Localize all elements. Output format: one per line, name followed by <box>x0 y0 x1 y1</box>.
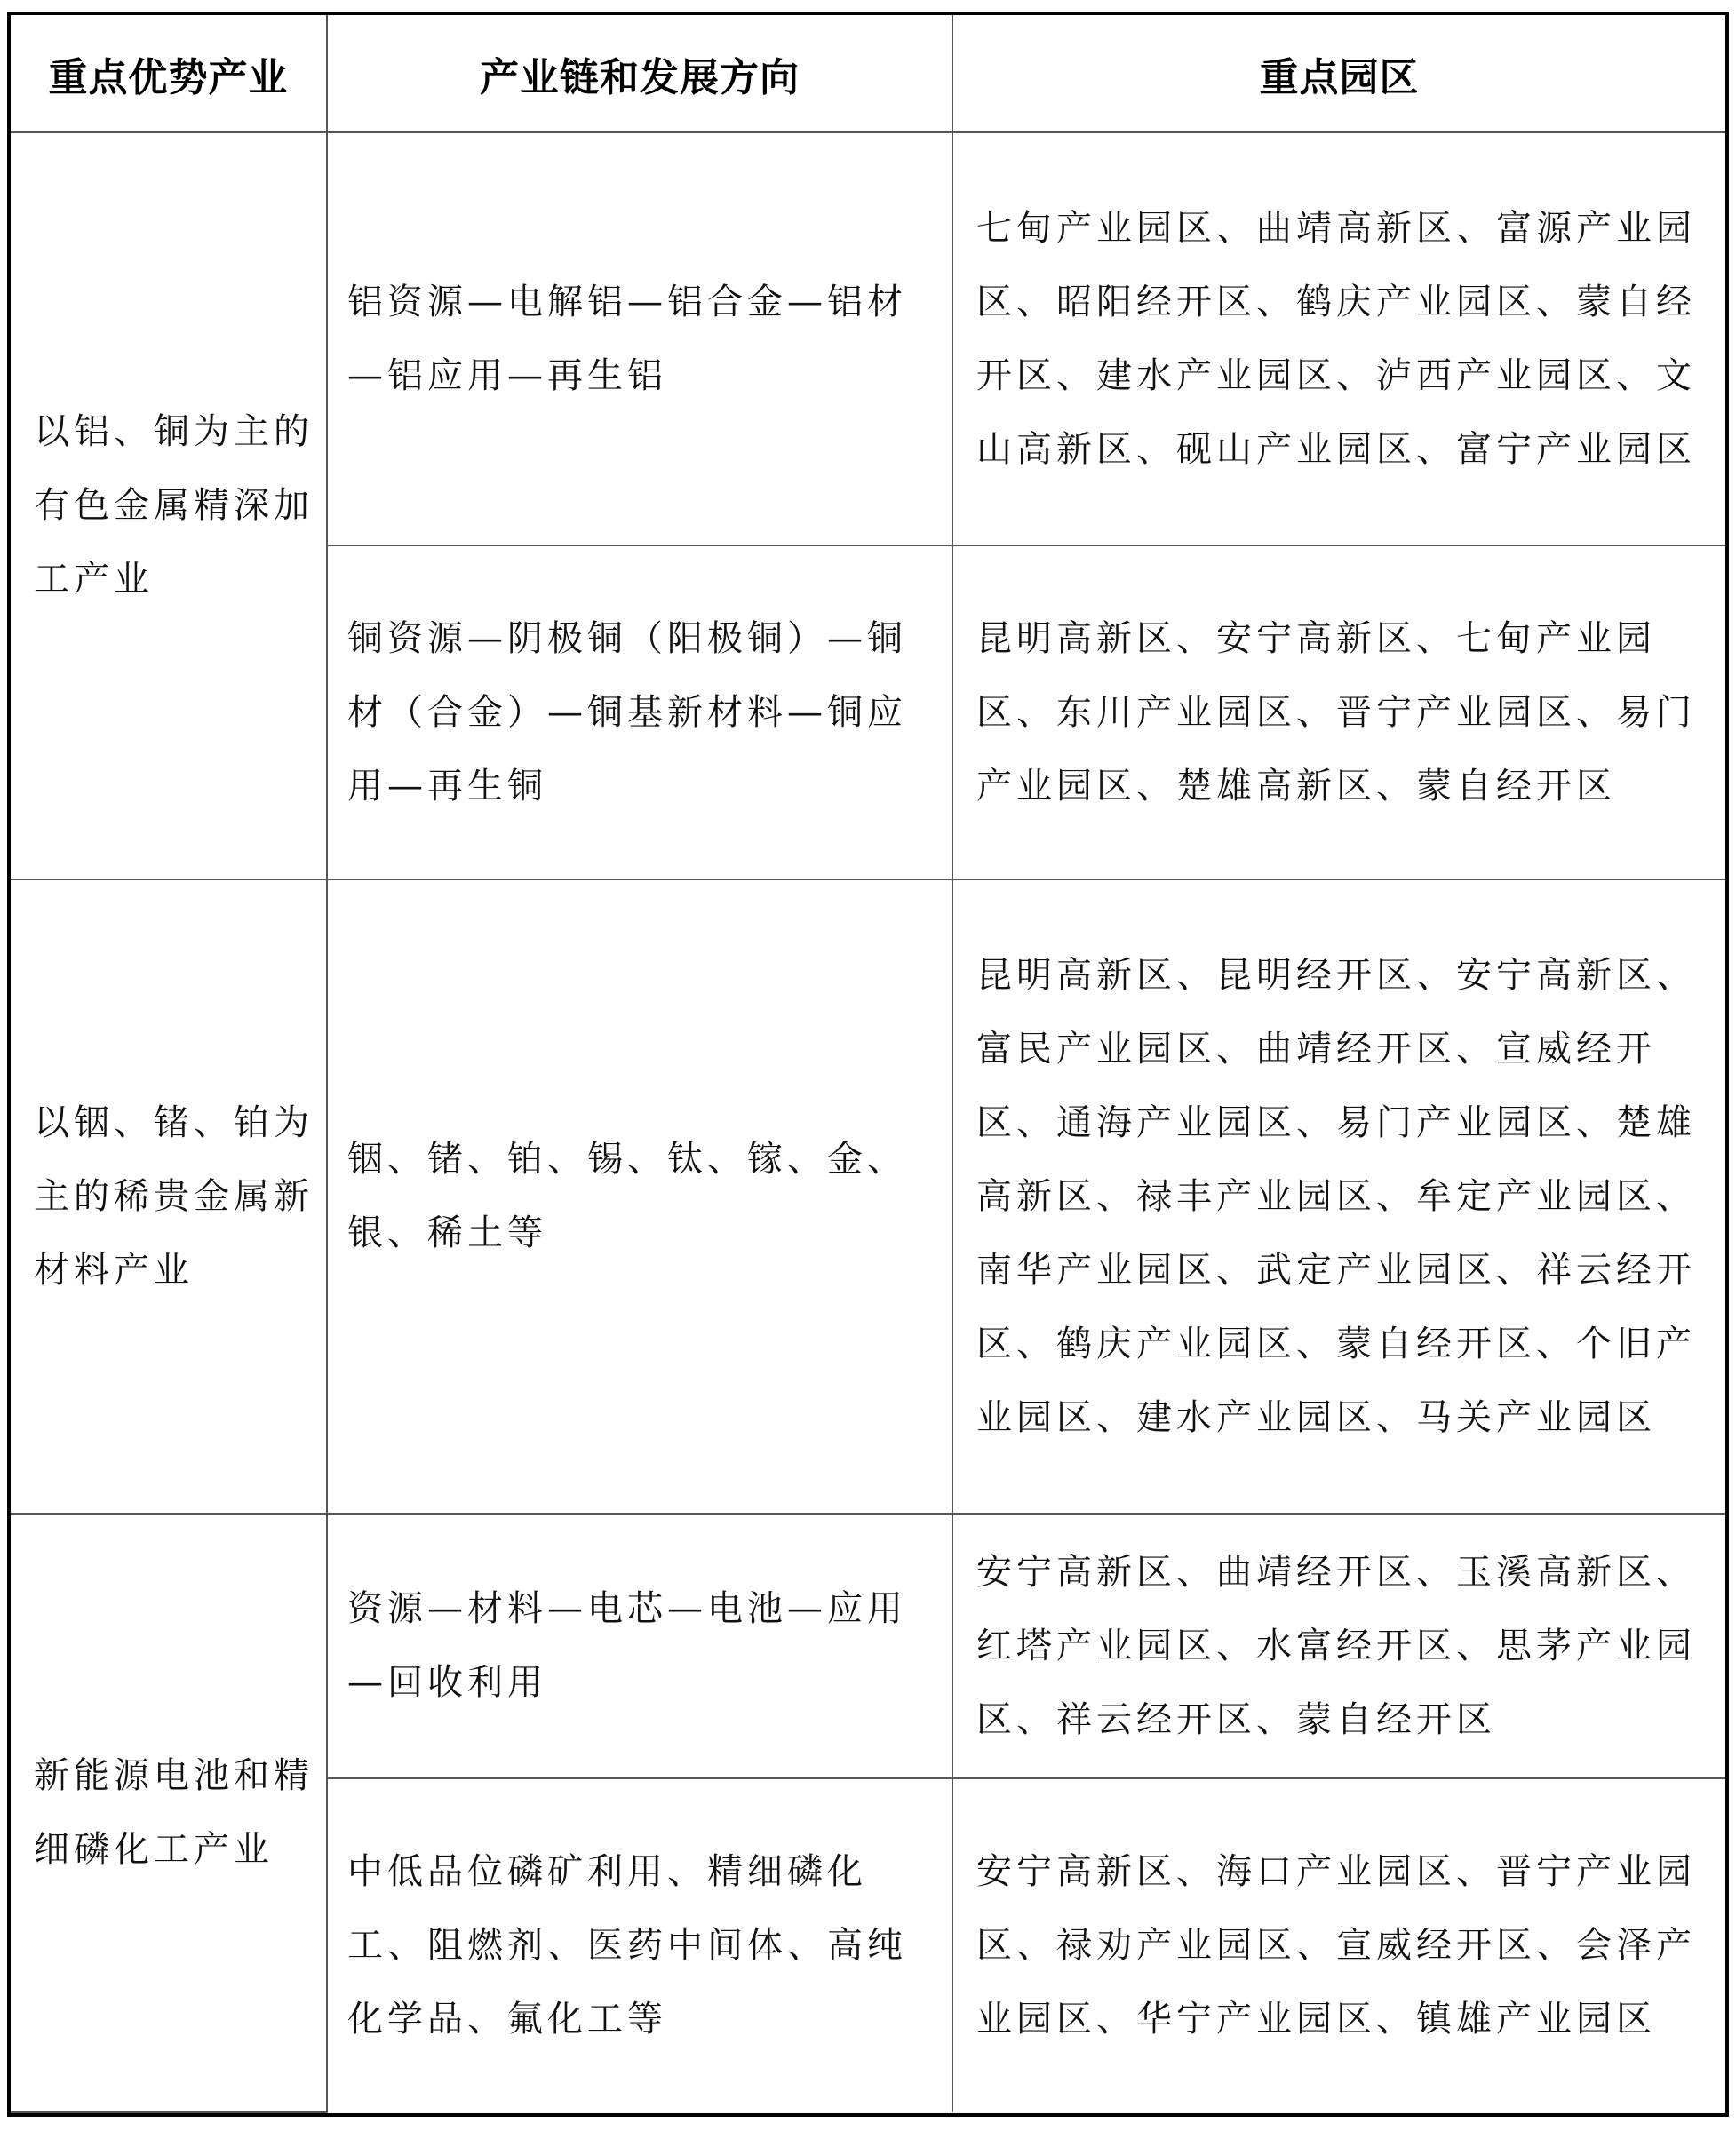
industry-park-table: 重点优势产业 产业链和发展方向 重点园区 以铝、铜为主的有色金属精深加工产业 铝… <box>7 12 1729 2117</box>
header-chain: 产业链和发展方向 <box>327 15 952 132</box>
chain-cell: 资源—材料—电芯—电池—应用—回收利用 <box>327 1514 952 1778</box>
industry-cell: 新能源电池和精细磷化工产业 <box>11 1514 327 2112</box>
parks-cell: 昆明高新区、昆明经开区、安宁高新区、富民产业园区、曲靖经开区、宣威经开区、通海产… <box>952 879 1725 1514</box>
table-row: 新能源电池和精细磷化工产业 资源—材料—电芯—电池—应用—回收利用 安宁高新区、… <box>11 1514 1725 1778</box>
chain-cell: 铝资源—电解铝—铝合金—铝材—铝应用—再生铝 <box>327 132 952 545</box>
header-row: 重点优势产业 产业链和发展方向 重点园区 <box>11 15 1725 132</box>
table-row: 以铝、铜为主的有色金属精深加工产业 铝资源—电解铝—铝合金—铝材—铝应用—再生铝… <box>11 132 1725 545</box>
parks-cell: 昆明高新区、安宁高新区、七甸产业园区、东川产业园区、晋宁产业园区、易门产业园区、… <box>952 545 1725 879</box>
chain-cell: 铟、锗、铂、锡、钛、镓、金、银、稀土等 <box>327 879 952 1514</box>
industry-cell: 以铝、铜为主的有色金属精深加工产业 <box>11 132 327 879</box>
chain-cell: 中低品位磷矿利用、精细磷化工、阻燃剂、医药中间体、高纯化学品、氟化工等 <box>327 1778 952 2112</box>
header-parks: 重点园区 <box>952 15 1725 132</box>
parks-cell: 安宁高新区、海口产业园区、晋宁产业园区、禄劝产业园区、宣威经开区、会泽产业园区、… <box>952 1778 1725 2112</box>
header-industry: 重点优势产业 <box>11 15 327 132</box>
table-row: 以铟、锗、铂为主的稀贵金属新材料产业 铟、锗、铂、锡、钛、镓、金、银、稀土等 昆… <box>11 879 1725 1514</box>
parks-cell: 七甸产业园区、曲靖高新区、富源产业园区、昭阳经开区、鹤庆产业园区、蒙自经开区、建… <box>952 132 1725 545</box>
table: 重点优势产业 产业链和发展方向 重点园区 以铝、铜为主的有色金属精深加工产业 铝… <box>11 15 1725 2113</box>
chain-cell: 铜资源—阴极铜（阳极铜）—铜材（合金）—铜基新材料—铜应用—再生铜 <box>327 545 952 879</box>
industry-cell: 以铟、锗、铂为主的稀贵金属新材料产业 <box>11 879 327 1514</box>
parks-cell: 安宁高新区、曲靖经开区、玉溪高新区、红塔产业园区、水富经开区、思茅产业园区、祥云… <box>952 1514 1725 1778</box>
